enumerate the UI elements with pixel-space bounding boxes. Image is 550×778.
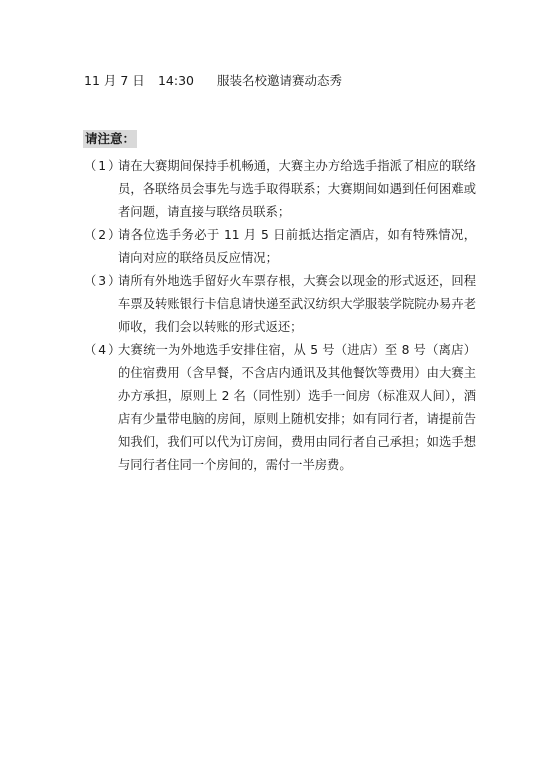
notice-item-number: （4） xyxy=(84,339,118,477)
notice-list: （1） 请在大赛期间保持手机畅通，大赛主办方给选手指派了相应的联络员，各联络员会… xyxy=(84,155,476,477)
schedule-event: 服装名校邀请赛动态秀 xyxy=(217,72,342,90)
schedule-time: 14:30 xyxy=(158,72,213,90)
notice-item-number: （3） xyxy=(84,270,118,339)
notice-item: （2） 请各位选手务必于 11 月 5 日前抵达指定酒店，如有特殊情况，请向对应… xyxy=(84,224,476,270)
schedule-line: 11 月 7 日 14:30 服装名校邀请赛动态秀 xyxy=(84,72,342,90)
notice-item-text: 请所有外地选手留好火车票存根，大赛会以现金的形式返还，回程车票及转账银行卡信息请… xyxy=(118,270,476,339)
notice-item: （4） 大赛统一为外地选手安排住宿，从 5 号（进店）至 8 号（离店）的住宿费… xyxy=(84,339,476,477)
notice-heading: 请注意： xyxy=(83,130,137,148)
notice-item: （1） 请在大赛期间保持手机畅通，大赛主办方给选手指派了相应的联络员，各联络员会… xyxy=(84,155,476,224)
notice-item-text: 请在大赛期间保持手机畅通，大赛主办方给选手指派了相应的联络员，各联络员会事先与选… xyxy=(118,155,476,224)
notice-item-number: （2） xyxy=(84,224,118,270)
notice-item-text: 大赛统一为外地选手安排住宿，从 5 号（进店）至 8 号（离店）的住宿费用（含早… xyxy=(118,339,476,477)
schedule-date: 11 月 7 日 xyxy=(84,72,154,90)
notice-item-text: 请各位选手务必于 11 月 5 日前抵达指定酒店，如有特殊情况，请向对应的联络员… xyxy=(118,224,476,270)
notice-item: （3） 请所有外地选手留好火车票存根，大赛会以现金的形式返还，回程车票及转账银行… xyxy=(84,270,476,339)
notice-item-number: （1） xyxy=(84,155,118,224)
